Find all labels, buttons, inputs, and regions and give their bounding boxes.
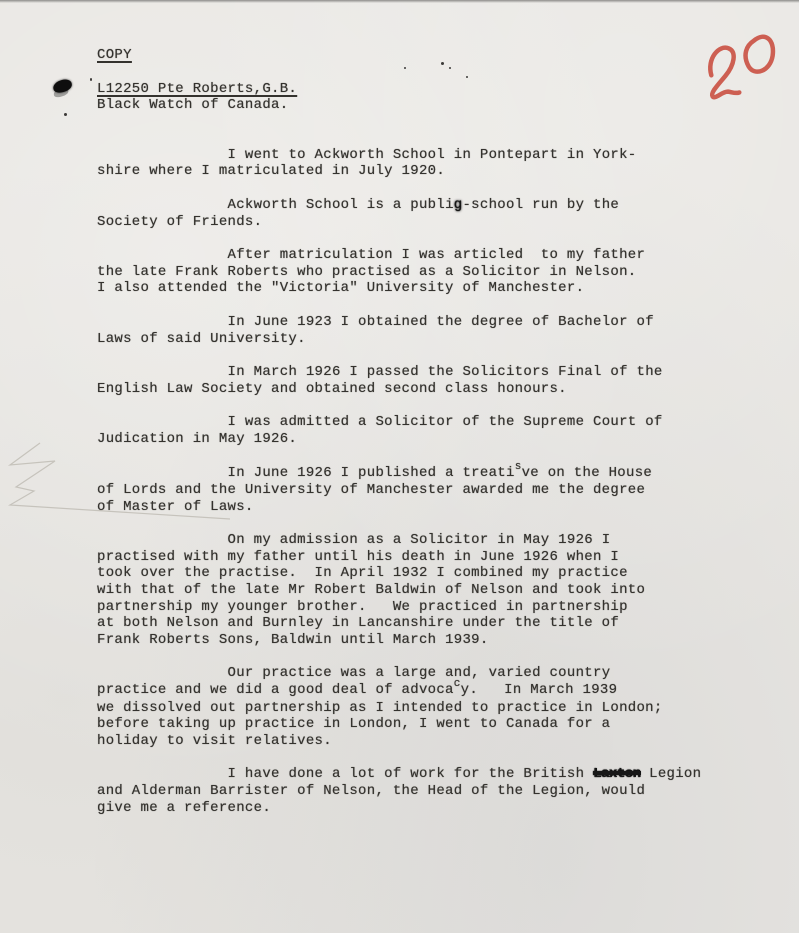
scan-edge-shadow xyxy=(0,0,799,3)
paragraph-british-legion: I have done a lot of work for the Britis… xyxy=(97,766,782,816)
paragraph-bachelor-of-laws: In June 1923 I obtained the degree of Ba… xyxy=(97,314,782,347)
paragraph-solicitors-final: In March 1926 I passed the Solicitors Fi… xyxy=(97,364,782,397)
paragraph-articled: After matriculation I was articled to my… xyxy=(97,247,782,297)
ink-speck xyxy=(90,78,92,81)
paragraph-text: Ackworth School is a publi xyxy=(97,197,454,213)
unit-line: Black Watch of Canada. xyxy=(97,97,782,114)
struck-out-word: Laxton xyxy=(593,766,640,782)
paragraph-admitted-solicitor: I was admitted a Solicitor of the Suprem… xyxy=(97,414,782,447)
document-body: COPY L12250 Pte Roberts,G.B. Black Watch… xyxy=(97,47,782,833)
paragraph-schooling: I went to Ackworth School in Pontepart i… xyxy=(97,147,782,180)
soldier-id-line: L12250 Pte Roberts,G.B. xyxy=(97,81,782,98)
scanned-document-page: COPY L12250 Pte Roberts,G.B. Black Watch… xyxy=(0,0,799,933)
ink-speck xyxy=(64,113,67,116)
paragraph-country-practice: Our practice was a large and, varied cou… xyxy=(97,665,782,749)
overtyped-correction: c xyxy=(454,678,461,690)
paragraph-text: In June 1926 I published a treati xyxy=(97,465,515,481)
paragraph-practice-history: On my admission as a Solicitor in May 19… xyxy=(97,532,782,648)
paragraph-text: I have done a lot of work for the Britis… xyxy=(97,766,593,782)
soldier-identification: L12250 Pte Roberts,G.B. Black Watch of C… xyxy=(97,81,782,114)
copy-heading: COPY xyxy=(97,47,782,64)
overtyped-correction: s xyxy=(515,461,522,473)
ink-blot xyxy=(52,78,73,94)
paragraph-treatise: In June 1926 I published a treatisve on … xyxy=(97,465,782,516)
paragraph-school-type: Ackworth School is a publig-school run b… xyxy=(97,197,782,230)
